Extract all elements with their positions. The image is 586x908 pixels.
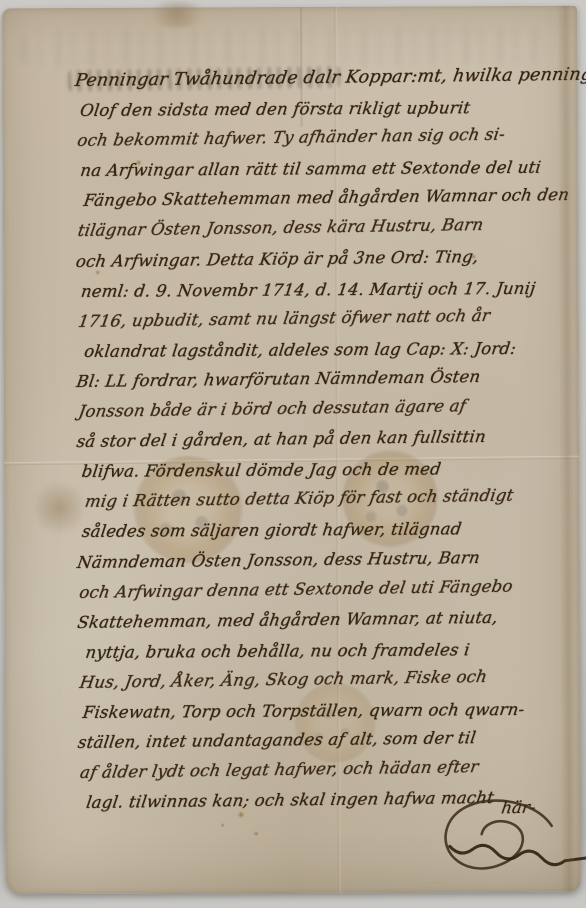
manuscript-line: 1716, upbudit, samt nu längst öfwer natt… <box>75 305 539 342</box>
manuscript-line: tilägnar Östen Jonsson, dess kära Hustru… <box>75 215 539 252</box>
fox-spot <box>221 823 225 827</box>
manuscript-line: mig i Rätten sutto detta Kiöp för fast o… <box>82 485 540 522</box>
ink-bleedthrough-band <box>22 28 542 68</box>
manuscript-line: Penningar Twåhundrade dalr Koppar:mt, hw… <box>72 65 537 101</box>
fox-spot <box>254 831 259 836</box>
signature-paraph <box>403 792 586 885</box>
manuscript-text: Penningar Twåhundrade dalr Koppar:mt, hw… <box>74 69 537 823</box>
manuscript-line: och bekommit hafwer. Ty afhänder han sig… <box>74 124 538 161</box>
manuscript-line: och Arfwingar. Detta Kiöp är på 3ne Ord:… <box>73 246 538 282</box>
paper-sheet: Penningar Twåhundrade dalr Koppar:mt, hw… <box>2 6 581 895</box>
manuscript-line: och Arfwingar denna ett Sextonde del uti… <box>76 576 540 613</box>
edge-stain <box>142 1 212 27</box>
manuscript-line: så stor del i gården, at han på den kan … <box>74 426 539 462</box>
manuscript-line: Hus, Jord, Åker, Äng, Skog och mark, Fis… <box>77 666 541 703</box>
manuscript-line: Skattehemman, med åhgården Wamnar, at ni… <box>75 607 540 643</box>
